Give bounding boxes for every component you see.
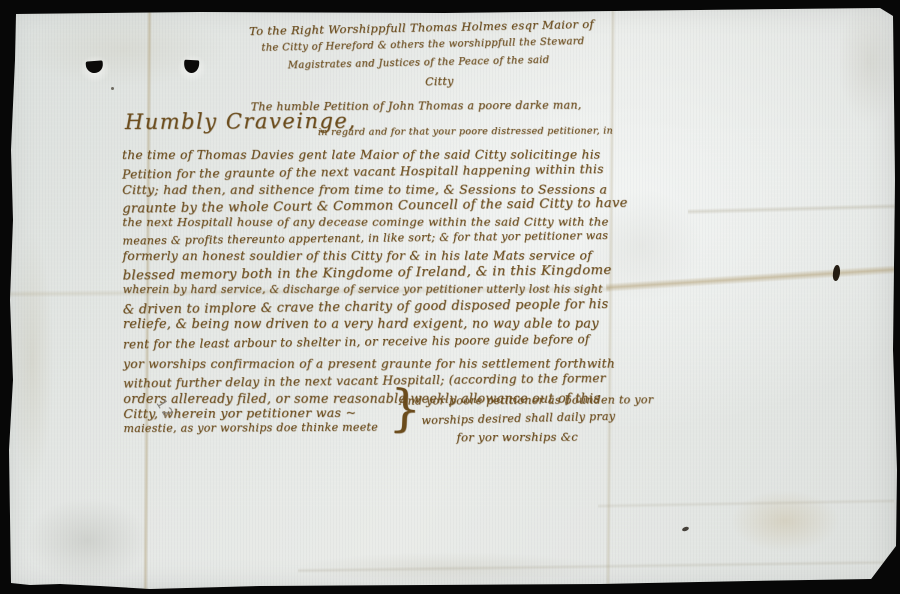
photo-background: To the Right Worshippfull Thomas Holmes … <box>0 0 900 594</box>
paper-edge-shading <box>0 0 900 594</box>
manuscript-paper: To the Right Worshippfull Thomas Holmes … <box>0 0 900 594</box>
